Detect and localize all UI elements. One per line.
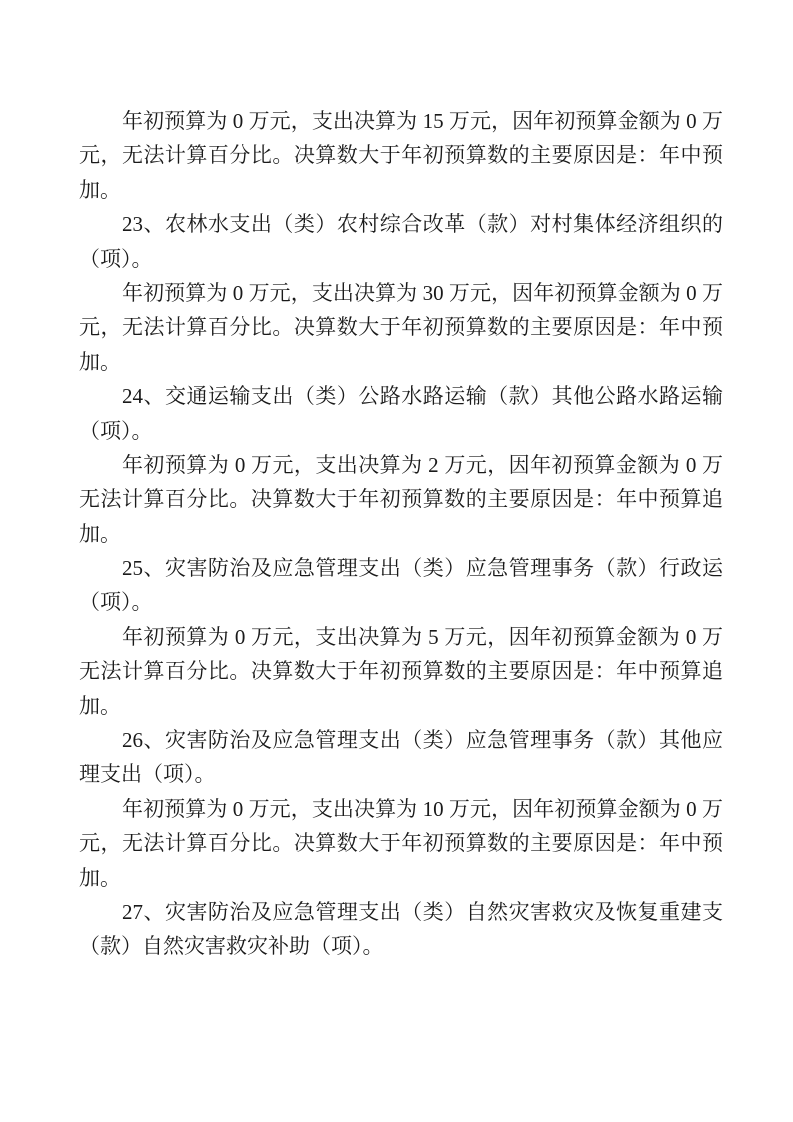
text-line: 26、灾害防治及应急管理支出（类）应急管理事务（款）其他应急管 bbox=[79, 723, 723, 757]
text-line: 无法计算百分比。决算数大于年初预算数的主要原因是：年中预算追 bbox=[79, 482, 723, 516]
text-line: 加。 bbox=[79, 173, 723, 207]
text-line: 元，无法计算百分比。决算数大于年初预算数的主要原因是：年中预算追 bbox=[79, 826, 723, 860]
numbered-paragraph: 26、灾害防治及应急管理支出（类）应急管理事务（款）其他应急管理支出（项）。 bbox=[79, 723, 723, 792]
text-line: （款）自然灾害救灾补助（项）。 bbox=[79, 929, 723, 963]
text-line: 加。 bbox=[79, 861, 723, 895]
body-paragraph: 年初预算为 0 万元，支出决算为 10 万元，因年初预算金额为 0 万元，无法计… bbox=[79, 792, 723, 895]
text-line: 加。 bbox=[79, 345, 723, 379]
numbered-paragraph: 23、农林水支出（类）农村综合改革（款）对村集体经济组织的补助（项）。 bbox=[79, 207, 723, 276]
numbered-paragraph: 27、灾害防治及应急管理支出（类）自然灾害救灾及恢复重建支出（款）自然灾害救灾补… bbox=[79, 895, 723, 964]
text-line: 加。 bbox=[79, 689, 723, 723]
numbered-paragraph: 24、交通运输支出（类）公路水路运输（款）其他公路水路运输支出（项）。 bbox=[79, 379, 723, 448]
text-line: 理支出（项）。 bbox=[79, 757, 723, 791]
text-line: 元，无法计算百分比。决算数大于年初预算数的主要原因是：年中预算追 bbox=[79, 310, 723, 344]
text-line: 24、交通运输支出（类）公路水路运输（款）其他公路水路运输支出 bbox=[79, 379, 723, 413]
text-line: 加。 bbox=[79, 517, 723, 551]
body-paragraph: 年初预算为 0 万元，支出决算为 2 万元，因年初预算金额为 0 万元，无法计算… bbox=[79, 448, 723, 551]
text-line: （项）。 bbox=[79, 414, 723, 448]
body-paragraph: 年初预算为 0 万元，支出决算为 5 万元，因年初预算金额为 0 万元，无法计算… bbox=[79, 620, 723, 723]
text-line: 25、灾害防治及应急管理支出（类）应急管理事务（款）行政运行 bbox=[79, 551, 723, 585]
body-paragraph: 年初预算为 0 万元，支出决算为 30 万元，因年初预算金额为 0 万元，无法计… bbox=[79, 276, 723, 379]
text-line: 年初预算为 0 万元，支出决算为 5 万元，因年初预算金额为 0 万元， bbox=[79, 620, 723, 654]
text-line: 无法计算百分比。决算数大于年初预算数的主要原因是：年中预算追 bbox=[79, 654, 723, 688]
text-line: （项）。 bbox=[79, 585, 723, 619]
text-line: 23、农林水支出（类）农村综合改革（款）对村集体经济组织的补助 bbox=[79, 207, 723, 241]
document-page: 年初预算为 0 万元，支出决算为 15 万元，因年初预算金额为 0 万元，无法计… bbox=[0, 0, 793, 1122]
text-line: 年初预算为 0 万元，支出决算为 15 万元，因年初预算金额为 0 万 bbox=[79, 104, 723, 138]
text-line: （项）。 bbox=[79, 242, 723, 276]
body-paragraph: 年初预算为 0 万元，支出决算为 15 万元，因年初预算金额为 0 万元，无法计… bbox=[79, 104, 723, 207]
numbered-paragraph: 25、灾害防治及应急管理支出（类）应急管理事务（款）行政运行（项）。 bbox=[79, 551, 723, 620]
text-line: 年初预算为 0 万元，支出决算为 10 万元，因年初预算金额为 0 万 bbox=[79, 792, 723, 826]
text-line: 27、灾害防治及应急管理支出（类）自然灾害救灾及恢复重建支出 bbox=[79, 895, 723, 929]
document-body: 年初预算为 0 万元，支出决算为 15 万元，因年初预算金额为 0 万元，无法计… bbox=[0, 0, 793, 964]
text-line: 年初预算为 0 万元，支出决算为 30 万元，因年初预算金额为 0 万 bbox=[79, 276, 723, 310]
text-line: 元，无法计算百分比。决算数大于年初预算数的主要原因是：年中预算追 bbox=[79, 138, 723, 172]
text-line: 年初预算为 0 万元，支出决算为 2 万元，因年初预算金额为 0 万元， bbox=[79, 448, 723, 482]
